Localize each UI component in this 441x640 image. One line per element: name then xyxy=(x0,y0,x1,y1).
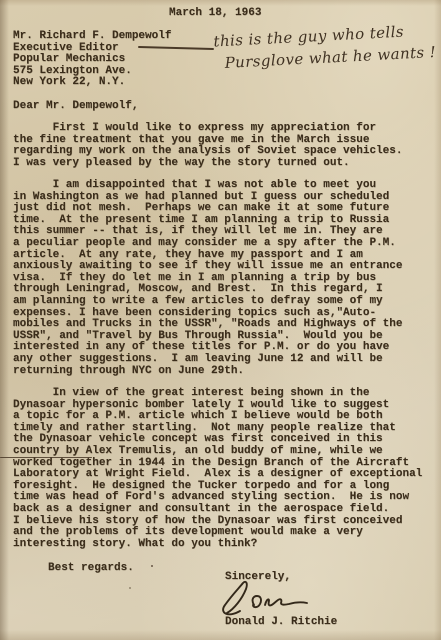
paragraph-1: First I would like to express my appreci… xyxy=(13,123,402,169)
recipient-address: Mr. Richard F. Dempewolf Executive Edito… xyxy=(13,31,171,89)
ink-speck xyxy=(129,587,131,589)
handwritten-annotation: this is the guy who tells Pursglove what… xyxy=(149,18,441,78)
signature-don-icon xyxy=(216,579,316,621)
closing: Best regards. xyxy=(48,563,134,575)
ink-speck xyxy=(151,565,153,567)
paragraph-2: I am disappointed that I was not able to… xyxy=(13,180,402,377)
letter-page: March 18, 1963 Mr. Richard F. Dempewolf … xyxy=(0,0,441,640)
date-line: March 18, 1963 xyxy=(169,8,261,20)
typed-signer-name: Donald J. Ritchie xyxy=(225,617,337,629)
salutation: Dear Mr. Dempewolf, xyxy=(13,101,138,113)
paragraph-3: In view of the great interest being show… xyxy=(13,388,422,550)
